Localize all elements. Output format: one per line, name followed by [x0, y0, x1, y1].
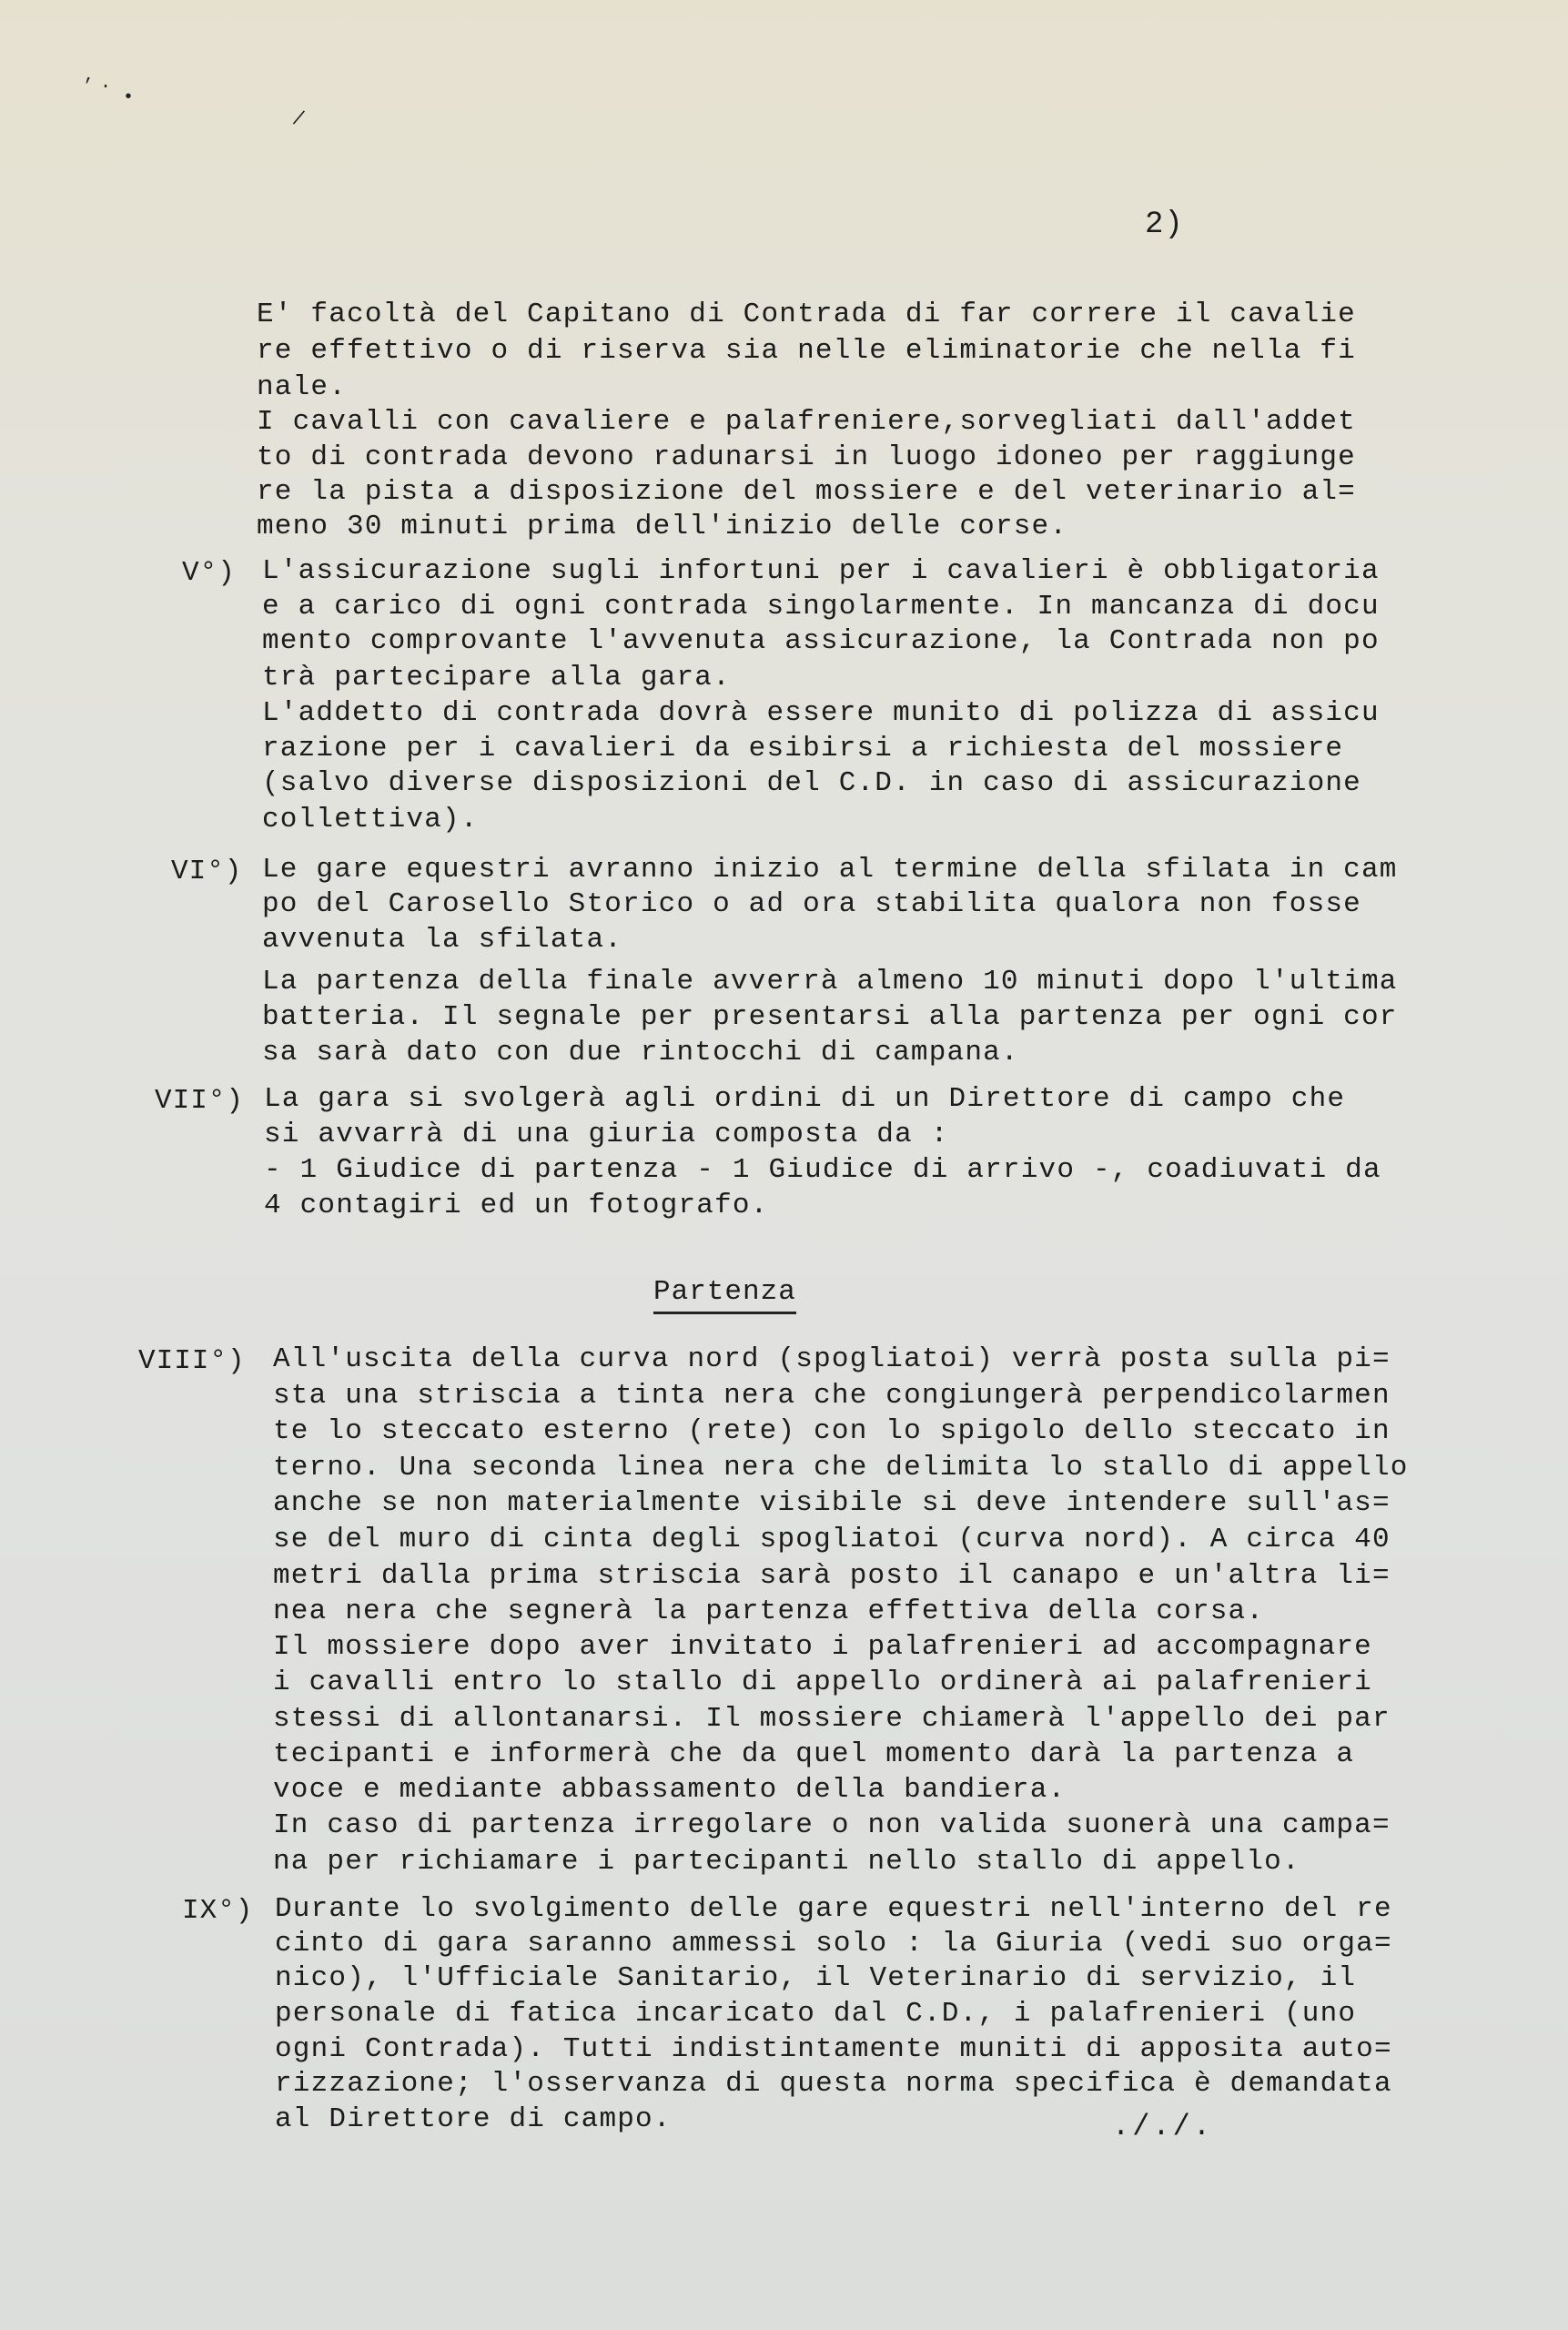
text-line: batteria. Il segnale per presentarsi all…: [262, 1003, 1398, 1031]
text-line: metri dalla prima striscia sarà posto il…: [273, 1562, 1391, 1590]
ink-speck: ,: [84, 66, 95, 86]
text-line: Le gare equestri avranno inizio al termi…: [262, 856, 1398, 884]
text-line: re effettivo o di riserva sia nelle elim…: [257, 337, 1356, 365]
text-line: (salvo diverse disposizioni del C.D. in …: [262, 769, 1361, 797]
text-line: sa sarà dato con due rintocchi di campan…: [262, 1038, 1019, 1067]
text-line: cinto di gara saranno ammessi solo : la …: [275, 1930, 1392, 1958]
text-line: collettiva).: [262, 805, 479, 834]
page-number: 2): [1145, 208, 1184, 242]
text-line: La partenza della finale avverrà almeno …: [262, 967, 1398, 996]
text-line: na per richiamare i partecipanti nello s…: [273, 1848, 1300, 1876]
text-line: personale di fatica incaricato dal C.D.,…: [275, 2000, 1356, 2028]
section-number: V°): [182, 557, 236, 589]
text-line: rizzazione; l'osservanza di questa norma…: [275, 2070, 1392, 2098]
text-line: nea nera che segnerà la partenza effetti…: [273, 1597, 1264, 1626]
text-line: I cavalli con cavaliere e palafreniere,s…: [257, 408, 1356, 436]
text-line: i cavalli entro lo stallo di appello ord…: [273, 1668, 1372, 1697]
text-line: si avvarrà di una giuria composta da :: [264, 1120, 949, 1149]
heading-partenza: Partenza: [653, 1276, 796, 1314]
text-line: E' facoltà del Capitano di Contrada di f…: [257, 300, 1356, 329]
text-line: to di contrada devono radunarsi in luogo…: [257, 443, 1356, 471]
text-line: anche se non materialmente visibile si d…: [273, 1489, 1391, 1517]
text-line: La gara si svolgerà agli ordini di un Di…: [264, 1085, 1345, 1113]
text-line: terno. Una seconda linea nera che delimi…: [273, 1454, 1409, 1482]
text-line: stessi di allontanarsi. Il mossiere chia…: [273, 1705, 1391, 1733]
text-line: razione per i cavalieri da esibirsi a ri…: [262, 734, 1343, 763]
text-line: e a carico di ogni contrada singolarment…: [262, 593, 1380, 621]
text-line: L'addetto di contrada dovrà essere munit…: [262, 699, 1380, 727]
text-line: All'uscita della curva nord (spogliatoi)…: [273, 1345, 1391, 1373]
text-line: sta una striscia a tinta nera che congiu…: [273, 1382, 1391, 1410]
section-number: VIII°): [138, 1345, 246, 1377]
text-line: voce e mediante abbassamento della bandi…: [273, 1776, 1066, 1804]
text-line: 4 contagiri ed un fotografo.: [264, 1191, 769, 1220]
text-line: te lo steccato esterno (rete) con lo spi…: [273, 1417, 1391, 1445]
text-line: mento comprovante l'avvenuta assicurazio…: [262, 627, 1380, 655]
text-line: Durante lo svolgimento delle gare equest…: [275, 1895, 1392, 1923]
text-line: tecipanti e informerà che da quel moment…: [273, 1740, 1354, 1768]
section-number: VI°): [171, 856, 242, 887]
text-line: re la pista a disposizione del mossiere …: [257, 478, 1356, 506]
text-line: se del muro di cinta degli spogliatoi (c…: [273, 1525, 1391, 1554]
text-line: meno 30 minuti prima dell'inizio delle c…: [257, 512, 1067, 541]
text-line: nale.: [257, 373, 347, 401]
text-line: ogni Contrada). Tutti indistintamente mu…: [275, 2035, 1392, 2063]
continuation-mark: ././.: [1112, 2110, 1213, 2143]
text-line: al Direttore di campo.: [275, 2105, 672, 2133]
ink-speck: •: [123, 87, 134, 108]
text-line: - 1 Giudice di partenza - 1 Giudice di a…: [264, 1156, 1381, 1184]
text-line: In caso di partenza irregolare o non val…: [273, 1811, 1391, 1839]
text-line: L'assicurazione sugli infortuni per i ca…: [262, 557, 1380, 585]
typewritten-page: , · • | 2) E' facoltà del Capitano di Co…: [0, 0, 1568, 2330]
text-line: nico), l'Ufficiale Sanitario, il Veterin…: [275, 1964, 1356, 1992]
section-number: VII°): [155, 1085, 244, 1117]
text-line: Il mossiere dopo aver invitato i palafre…: [273, 1633, 1372, 1661]
text-line: avvenuta la sfilata.: [262, 926, 622, 954]
section-number: IX°): [182, 1895, 253, 1927]
ink-speck: ·: [100, 76, 111, 97]
ink-speck: |: [288, 106, 309, 129]
text-line: po del Carosello Storico o ad ora stabil…: [262, 890, 1361, 918]
text-line: trà partecipare alla gara.: [262, 664, 731, 692]
